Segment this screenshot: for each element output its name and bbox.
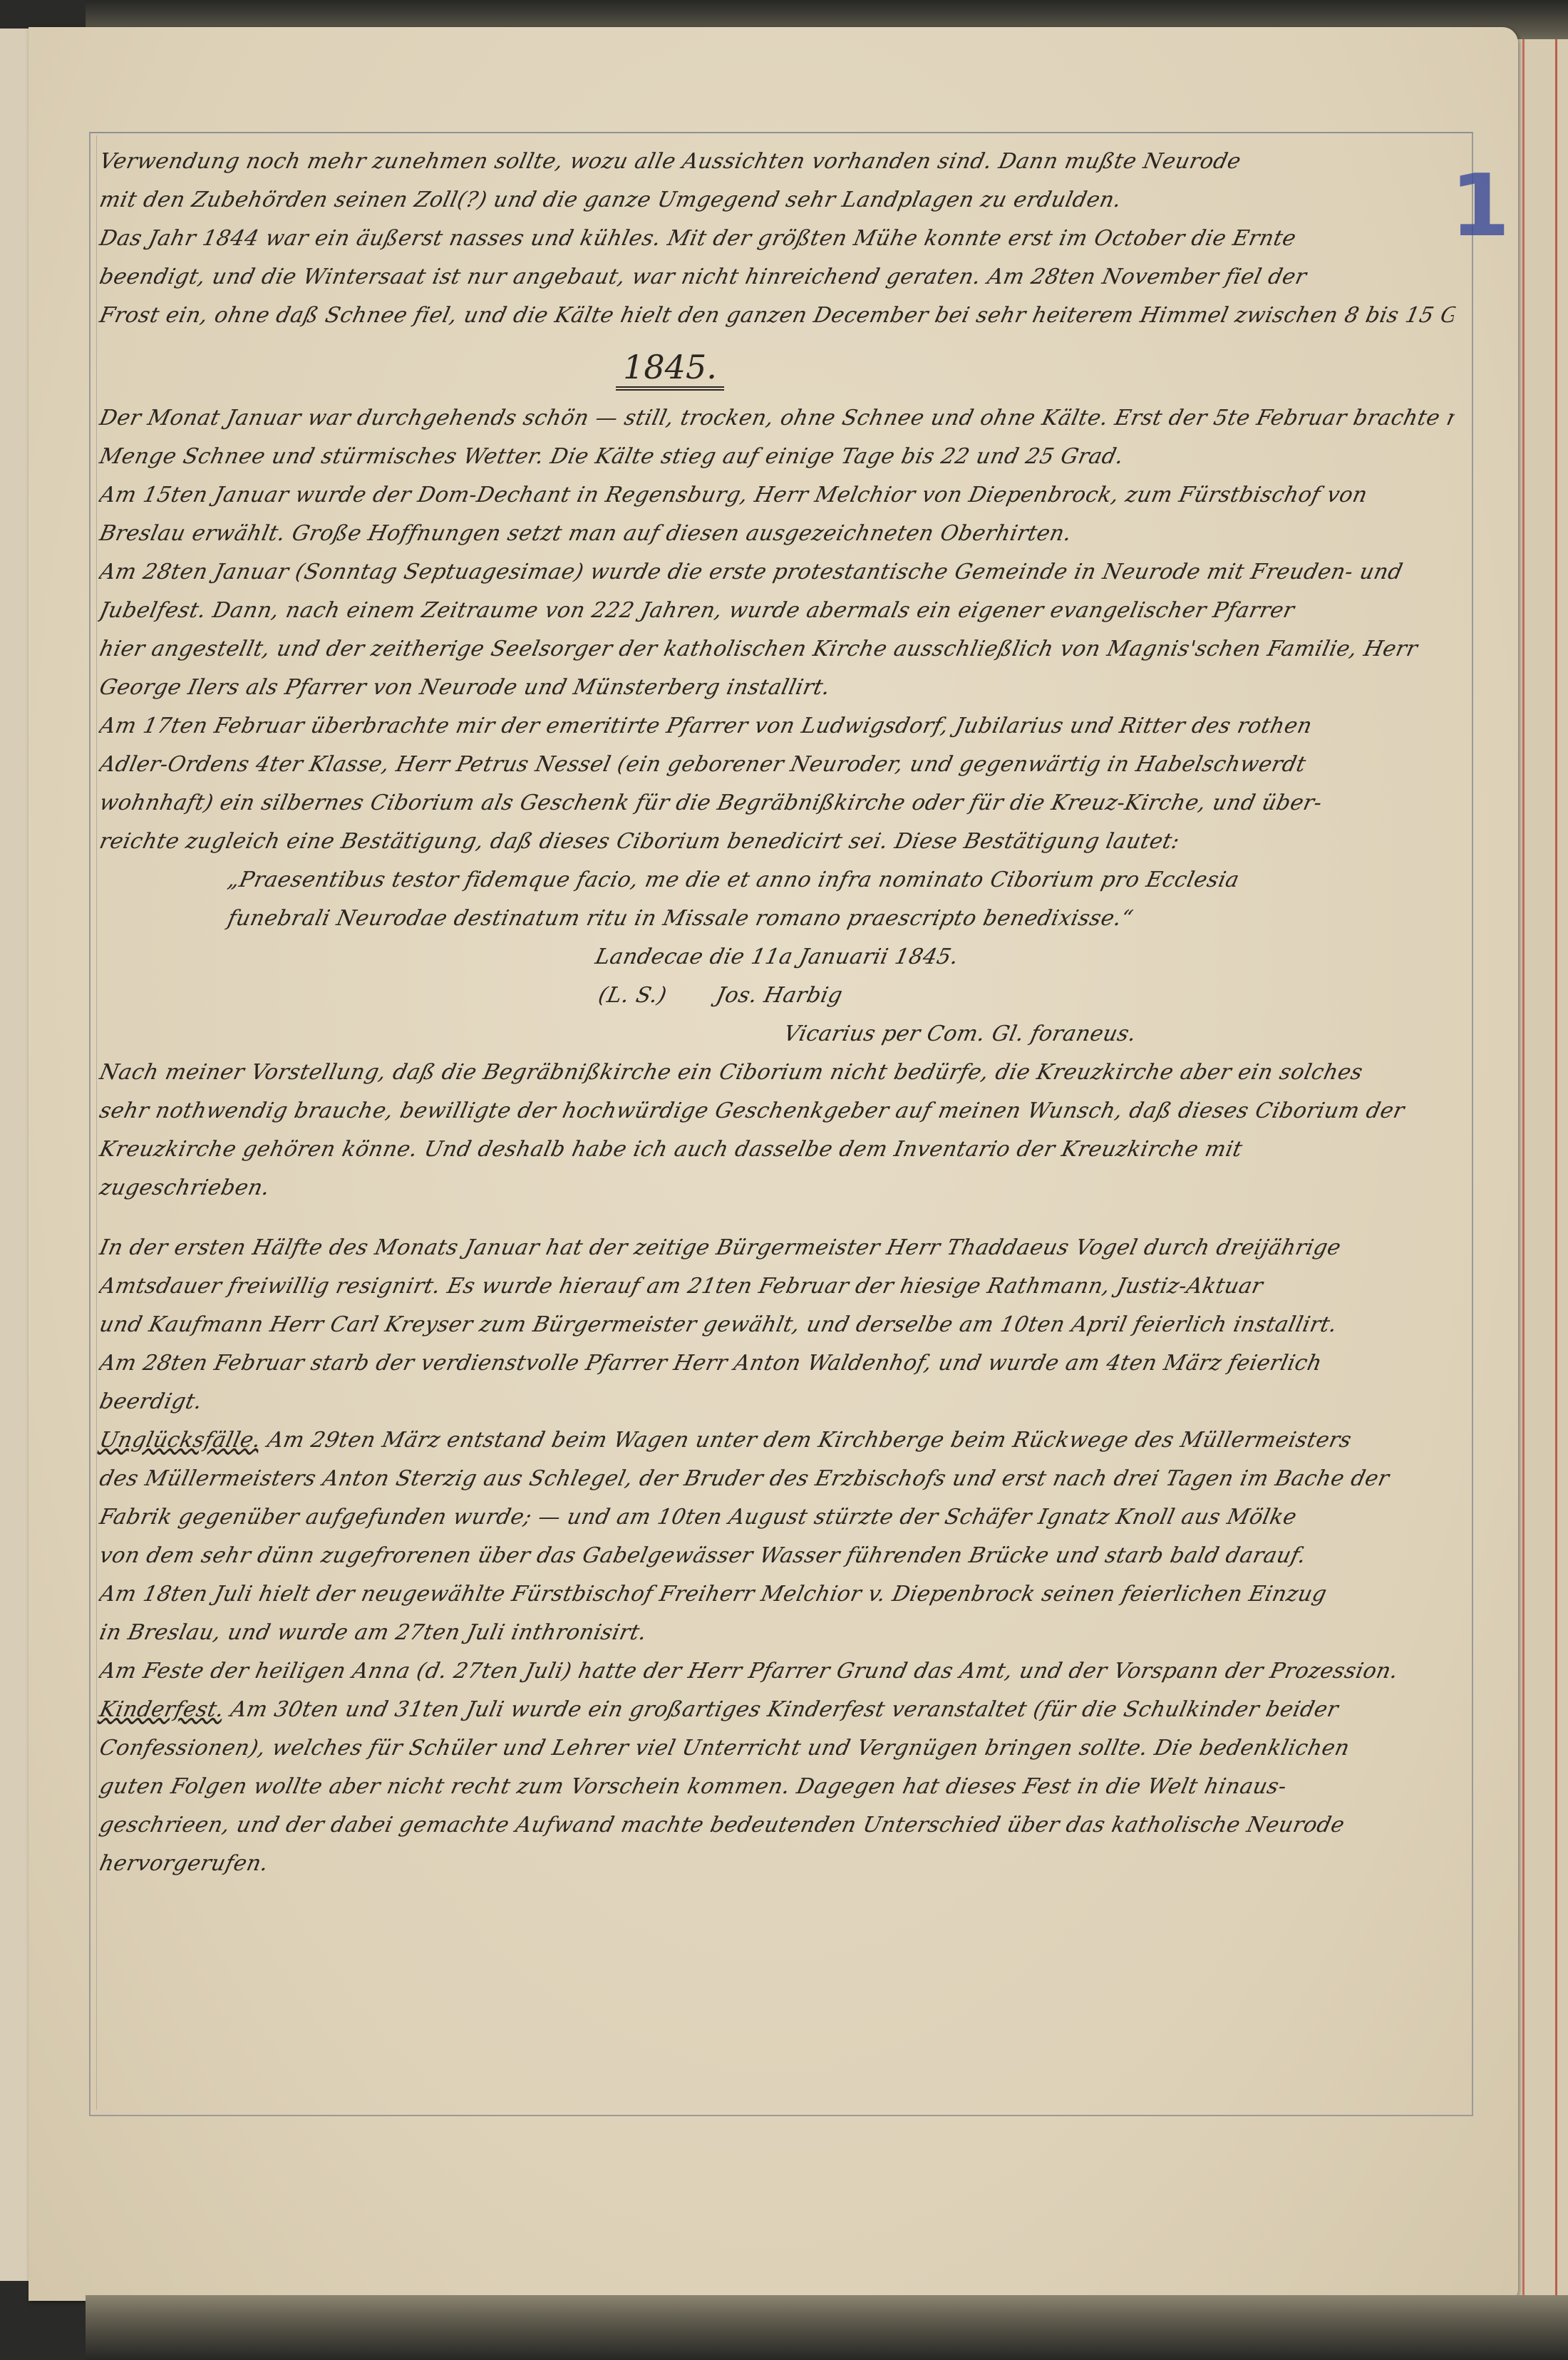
seal-mark: (L. S.) xyxy=(596,983,669,1008)
text-line: mit den Zubehörden seinen Zoll(?) und di… xyxy=(96,181,1458,220)
section-unglücksfälle: Unglücksfälle. Am 29ten März entstand be… xyxy=(96,1421,1458,1460)
text-line: Am Feste der heiligen Anna (d. 27ten Jul… xyxy=(96,1652,1458,1691)
text-line: in Breslau, und wurde am 27ten Juli inth… xyxy=(96,1614,1458,1652)
text-line: Adler-Ordens 4ter Klasse, Herr Petrus Ne… xyxy=(96,746,1458,784)
signer-title: Vicarius per Com. Gl. foraneus. xyxy=(96,1015,1458,1053)
text-line: von dem sehr dünn zugefrorenen über das … xyxy=(96,1537,1458,1575)
text-line: sehr nothwendig brauche, bewilligte der … xyxy=(96,1092,1458,1130)
text-line: George Ilers als Pfarrer von Neurode und… xyxy=(96,669,1458,707)
text-line: reichte zugleich eine Bestätigung, daß d… xyxy=(96,823,1458,861)
year-heading: 1845. xyxy=(0,335,1454,399)
latin-quote-line: „Praesentibus testor fidemque facio, me … xyxy=(96,861,1458,900)
text-line: Der Monat Januar war durchgehends schön … xyxy=(96,399,1458,438)
text-line: guten Folgen wollte aber nicht recht zum… xyxy=(96,1768,1458,1806)
text-line: Frost ein, ohne daß Schnee fiel, und die… xyxy=(96,297,1458,335)
text-line: Jubelfest. Dann, nach einem Zeitraume vo… xyxy=(96,592,1458,630)
latin-quote-line: funebrali Neurodae destinatum ritu in Mi… xyxy=(96,900,1458,938)
text-line: Verwendung noch mehr zunehmen sollte, wo… xyxy=(96,143,1458,181)
text-line: hervorgerufen. xyxy=(96,1845,1458,1883)
text-line: zugeschrieben. xyxy=(96,1169,1458,1207)
text-line: Nach meiner Vorstellung, daß die Begräbn… xyxy=(96,1053,1458,1092)
section-label: Kinderfest. xyxy=(97,1697,226,1722)
text-line: Am 29ten März entstand beim Wagen unter … xyxy=(265,1428,1354,1453)
red-edge-line xyxy=(1522,39,1525,2320)
text-line: Breslau erwählt. Große Hoffnungen setzt … xyxy=(96,515,1458,553)
text-line: beerdigt. xyxy=(96,1383,1458,1421)
text-line: und Kaufmann Herr Carl Kreyser zum Bürge… xyxy=(96,1306,1458,1344)
text-line: geschrieen, und der dabei gemachte Aufwa… xyxy=(96,1806,1458,1845)
book-binding-bottom xyxy=(86,2295,1568,2360)
text-line: Am 17ten Februar überbrachte mir der eme… xyxy=(96,707,1458,746)
section-kinderfest: Kinderfest. Am 30ten und 31ten Juli wurd… xyxy=(96,1691,1458,1729)
text-line: Am 30ten und 31ten Juli wurde ein großar… xyxy=(228,1697,1341,1722)
text-line: Am 15ten Januar wurde der Dom-Dechant in… xyxy=(96,476,1458,515)
latin-quote-dateline: Landecae die 11a Januarii 1845. xyxy=(96,938,1458,977)
text-line: Menge Schnee und stürmisches Wetter. Die… xyxy=(96,438,1458,476)
text-line: Das Jahr 1844 war ein äußerst nasses und… xyxy=(96,220,1458,258)
signature-line: (L. S.) Jos. Harbig xyxy=(96,977,1458,1015)
page-number: 1 xyxy=(1450,157,1510,256)
spacer xyxy=(98,1207,1456,1229)
text-line: Am 28ten Februar starb der verdienstvoll… xyxy=(96,1344,1458,1383)
text-line: hier angestellt, und der zeitherige Seel… xyxy=(96,630,1458,669)
text-line: des Müllermeisters Anton Sterzig aus Sch… xyxy=(96,1460,1458,1498)
text-line: Am 28ten Januar (Sonntag Septuagesimae) … xyxy=(96,553,1458,592)
section-label: Unglücksfälle. xyxy=(97,1428,263,1453)
manuscript-text: Verwendung noch mehr zunehmen sollte, wo… xyxy=(100,143,1454,1883)
text-line: Confessionen), welches für Schüler und L… xyxy=(96,1729,1458,1768)
red-edge-line xyxy=(1555,39,1557,2320)
text-line: Amtsdauer freiwillig resignirt. Es wurde… xyxy=(96,1267,1458,1306)
text-line: In der ersten Hälfte des Monats Januar h… xyxy=(96,1229,1458,1267)
text-line: wohnhaft) ein silbernes Ciborium als Ges… xyxy=(96,784,1458,823)
year-heading-text: 1845. xyxy=(616,348,724,391)
page-stack-edge xyxy=(1511,39,1568,2320)
text-line: Am 18ten Juli hielt der neugewählte Fürs… xyxy=(96,1575,1458,1614)
text-line: beendigt, und die Wintersaat ist nur ang… xyxy=(96,258,1458,297)
signer-name: Jos. Harbig xyxy=(714,983,845,1008)
text-line: Fabrik gegenüber aufgefunden wurde; — un… xyxy=(96,1498,1458,1537)
text-line: Kreuzkirche gehören könne. Und deshalb h… xyxy=(96,1130,1458,1169)
